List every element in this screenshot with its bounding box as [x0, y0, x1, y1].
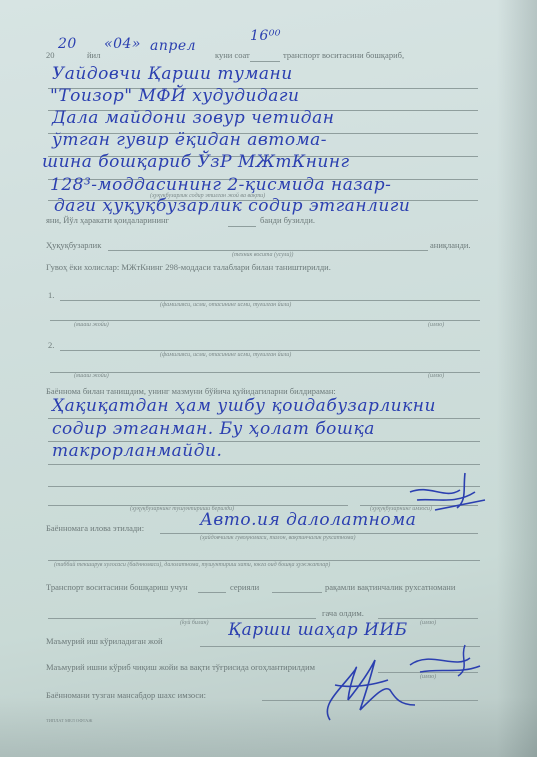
statement-line-1: Ҳақиқатдан ҳам ушбу қоидабузарликни — [52, 396, 436, 416]
attachment-label: Баённомага илова этилади: — [46, 523, 144, 533]
rule-line — [48, 618, 316, 619]
statement-intro: Баённома билан танишдим, унинг мазмуни б… — [46, 386, 336, 396]
month-value: апрел — [150, 38, 196, 54]
violation-line-6: 128³-моддасининг 2-қисмида назар- — [50, 175, 391, 195]
notification-label: Маъмурий ишни кўриб чиқиш жойи ва вақти … — [46, 662, 315, 672]
witness-1-signature-caption: (имзо) — [428, 322, 444, 328]
permit-text-2: серияли — [230, 582, 259, 592]
witness-2-number: 2. — [48, 340, 54, 350]
year-prefix: 20 — [46, 50, 55, 60]
hour-value: 16⁰⁰ — [250, 28, 281, 44]
statement-line-3: такрорланмайди. — [52, 441, 222, 461]
rule-line — [48, 560, 480, 561]
witness-1-name-caption: (фамилияси, исми, отасининг исми, туғилг… — [160, 302, 291, 308]
violation-line-4: ўтган гувир ёқидан автома- — [52, 130, 327, 150]
admin-place-value: Қарши шаҳар ИИБ — [228, 620, 408, 640]
permit-signature-caption: (имзо) — [420, 620, 436, 626]
offense-caption: (техник восита (усули)) — [232, 252, 293, 258]
witness-2-name-caption: (фамилияси, исми, отасининг исми, туғилг… — [160, 352, 291, 358]
rule-line — [60, 300, 480, 301]
day-hour-label: куни соат — [215, 50, 250, 60]
witness-2-signature-caption: (имзо) — [428, 373, 444, 379]
rule-line — [160, 533, 478, 534]
violation-line-1: Уайдовчи Қарши тумани — [52, 64, 293, 84]
statement-line-2: содир этганман. Бу ҳолат бошқа — [52, 419, 375, 439]
violation-tail-end: банди бузилди. — [260, 215, 315, 225]
attachment-caption-1: (ҳайдовчилик гувоҳномаси, талон, вақтинч… — [200, 535, 356, 541]
attachment-value: Авто.ия далолатнома — [200, 510, 416, 530]
year-value: 20 — [58, 36, 77, 52]
rule-line — [50, 372, 480, 373]
violation-line-2: "Тоизор" МФЙ худудидаги — [50, 86, 299, 106]
witness-1-address-caption: (яшаш жойи) — [74, 322, 109, 328]
permit-text-1: Транспорт воситасини бошқариш учун — [46, 582, 188, 592]
violation-line-3: Дала майдони зовур четидан — [52, 108, 334, 128]
attachment-caption-2: (тиббий текширув хулосаси (баённомаси), … — [54, 562, 330, 568]
rule-line — [198, 592, 226, 593]
offense-label: Ҳуқуқбузарлик — [46, 240, 101, 250]
rule-line — [228, 226, 256, 227]
after-hour-text: транспорт воситасини бошқариб, — [283, 50, 404, 60]
rule-line — [60, 350, 480, 351]
year-suffix: йил — [87, 50, 100, 60]
rule-line — [378, 618, 478, 619]
violation-caption: (ҳуқуқбузарлик содир этилган жой ва вақт… — [150, 193, 265, 199]
protocol-form-page: 20 20 йил «04» апрел куни соат 16⁰⁰ тран… — [0, 0, 537, 757]
permit-text-4: гача олдим. — [322, 608, 364, 618]
witness-2-address-caption: (яшаш жойи) — [74, 373, 109, 379]
page-shadow-bottom — [0, 697, 537, 757]
permit-text-3: рақамли вақтинчалик рухсатномани — [325, 582, 455, 592]
offender-signature — [405, 470, 490, 515]
rule-line — [48, 464, 480, 465]
hour-line — [250, 61, 280, 62]
admin-place-label: Маъмурий иш кўриладиган жой — [46, 636, 163, 646]
day-value: «04» — [104, 36, 141, 52]
page-shadow — [497, 0, 537, 757]
rule-line — [108, 250, 428, 251]
violation-tail-start: яни, Йўл ҳаракати қоидаларининг — [46, 215, 169, 225]
rule-line — [272, 592, 322, 593]
permit-date-caption: (kуй билан) — [180, 620, 209, 626]
witnesses-intro: Гувоҳ ёки холислар: МЖтКнинг 298-моддаси… — [46, 262, 331, 272]
witness-1-number: 1. — [48, 290, 54, 300]
violation-line-7: даги ҳуқуқбузарлик содир этганлиги — [54, 196, 410, 216]
rule-line — [50, 320, 480, 321]
violation-line-5: шина бошқариб ЎзР МЖтКнинг — [42, 152, 350, 172]
offense-suffix: аниқланди. — [430, 240, 471, 250]
